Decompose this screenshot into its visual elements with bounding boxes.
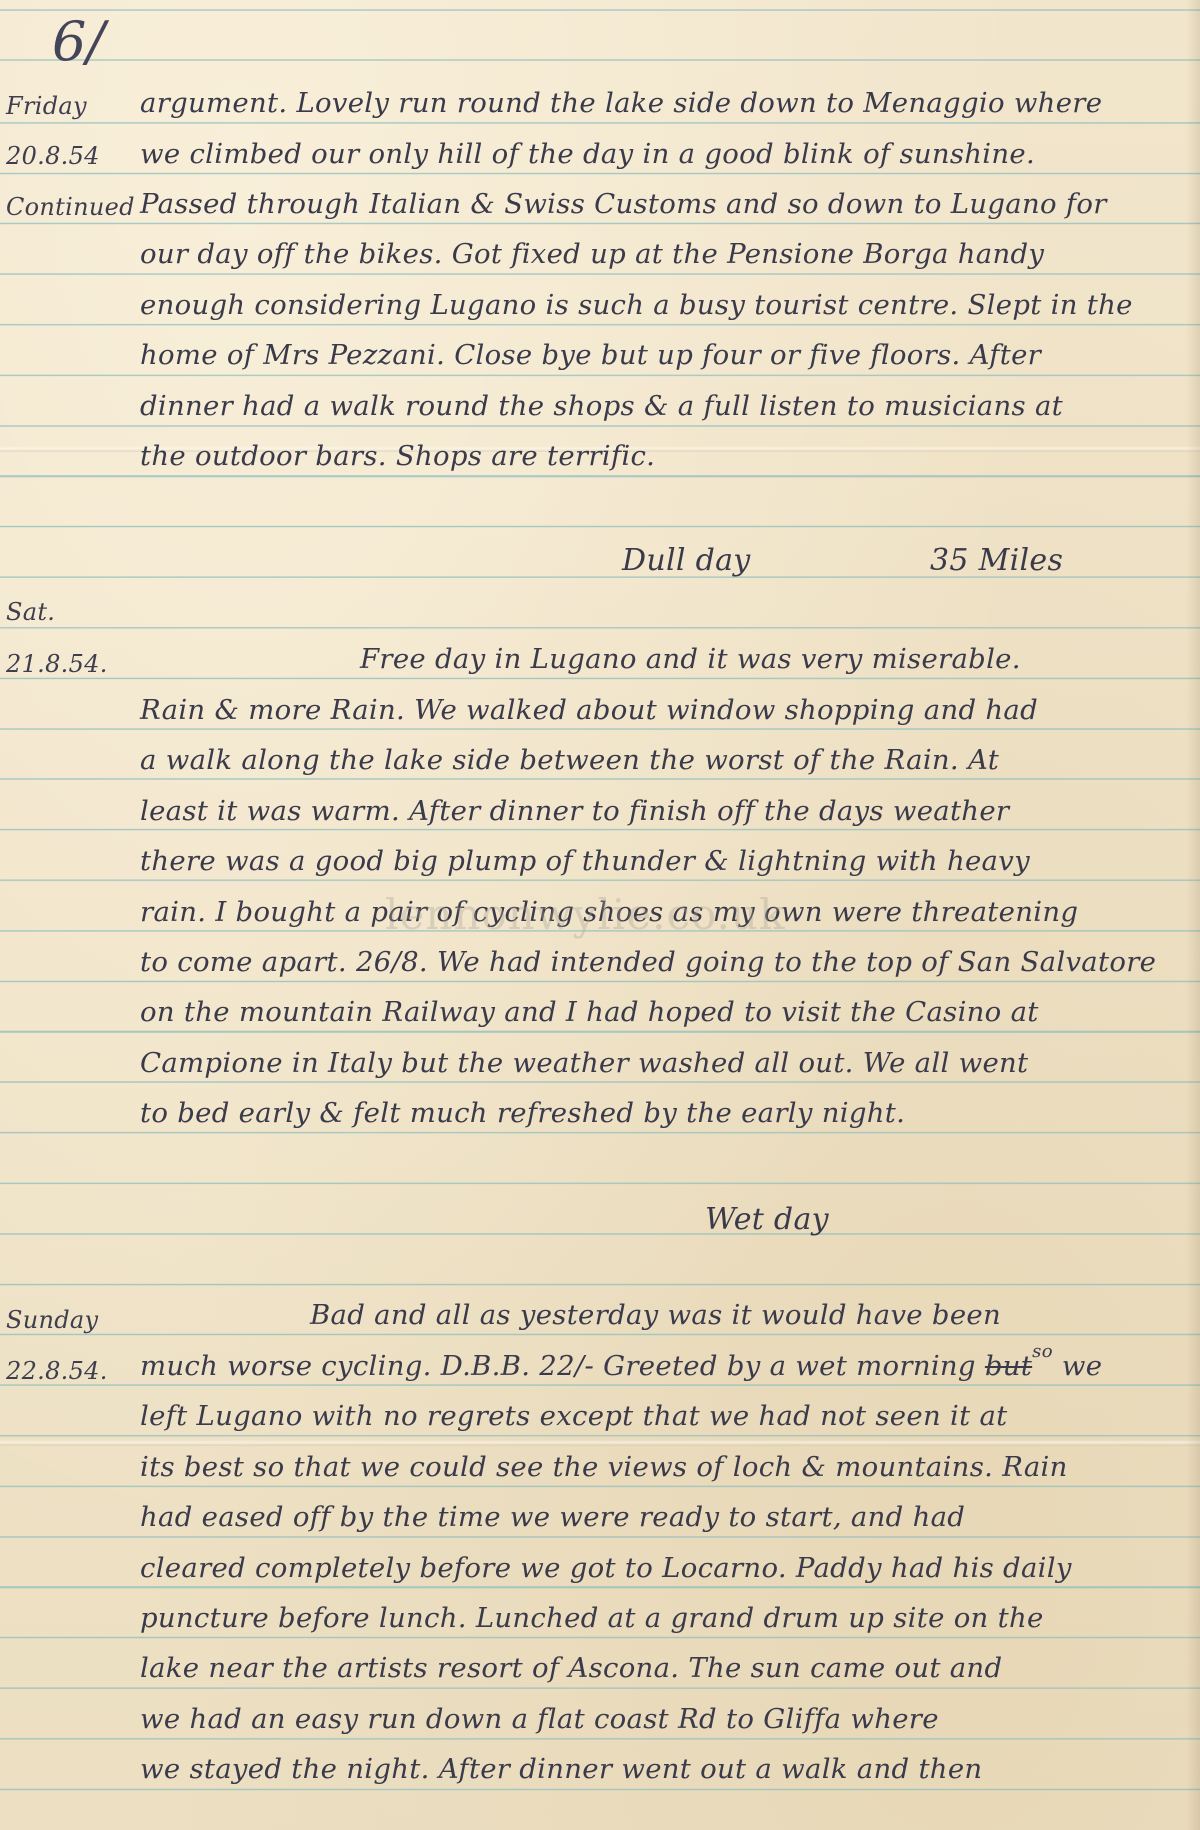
inserted-word: so [1032, 1341, 1053, 1362]
text-line: a walk along the lake side between the w… [140, 747, 999, 775]
entry-day: Sunday [6, 1306, 98, 1334]
struck-word: but [985, 1350, 1032, 1382]
text-line: home of Mrs Pezzani. Close bye but up fo… [140, 342, 1041, 370]
page-edge-shadow [1186, 0, 1200, 1830]
text-line: enough considering Lugano is such a busy… [140, 292, 1133, 320]
text-line: we had an easy run down a flat coast Rd … [140, 1706, 939, 1734]
weather-summary: Wet day [705, 1202, 829, 1237]
text-line: Bad and all as yesterday was it would ha… [310, 1302, 1001, 1330]
text-line: dinner had a walk round the shops & a fu… [140, 393, 1063, 421]
text-line: there was a good big plump of thunder & … [140, 848, 1030, 876]
page-number: 6/ [52, 10, 105, 73]
text-line: on the mountain Railway and I had hoped … [140, 999, 1039, 1027]
text-segment: much worse cycling. D.B.B. 22/- Greeted … [140, 1350, 976, 1382]
text-line: cleared completely before we got to Loca… [140, 1555, 1072, 1583]
text-line: to bed early & felt much refreshed by th… [140, 1100, 905, 1128]
text-line: we climbed our only hill of the day in a… [140, 141, 1035, 169]
text-line: Campione in Italy but the weather washed… [140, 1050, 1028, 1078]
text-line: had eased off by the time we were ready … [140, 1504, 965, 1532]
entry-date: 22.8.54. [6, 1357, 108, 1385]
text-line: puncture before lunch. Lunched at a gran… [140, 1605, 1044, 1633]
text-line: our day off the bikes. Got fixed up at t… [140, 241, 1044, 269]
text-line: Free day in Lugano and it was very miser… [360, 646, 1021, 674]
diary-page: 6/ Friday 20.8.54 Continued argument. Lo… [0, 0, 1200, 1830]
text-line: the outdoor bars. Shops are terrific. [140, 443, 655, 471]
entry-note: Continued [6, 193, 135, 221]
entry-day: Friday [6, 92, 87, 120]
text-line: its best so that we could see the views … [140, 1454, 1068, 1482]
distance-summary: 35 Miles [930, 543, 1063, 578]
entry-date: 21.8.54. [6, 650, 108, 678]
text-line: left Lugano with no regrets except that … [140, 1403, 1008, 1431]
entry-date: 20.8.54 [6, 142, 100, 170]
entry-day: Sat. [6, 598, 55, 626]
text-line: rain. I bought a pair of cycling shoes a… [140, 899, 1078, 927]
text-line: Rain & more Rain. We walked about window… [140, 697, 1038, 725]
text-line: Passed through Italian & Swiss Customs a… [140, 191, 1107, 219]
text-line: least it was warm. After dinner to finis… [140, 798, 1009, 826]
text-line: we stayed the night. After dinner went o… [140, 1756, 982, 1784]
text-line: to come apart. 26/8. We had intended goi… [140, 949, 1156, 977]
text-segment: we [1062, 1350, 1102, 1382]
weather-summary: Dull day [622, 543, 751, 578]
fold-crease [0, 1440, 1200, 1446]
text-line-with-correction: much worse cycling. D.B.B. 22/- Greeted … [140, 1353, 1102, 1381]
text-line: argument. Lovely run round the lake side… [140, 90, 1102, 118]
text-line: lake near the artists resort of Ascona. … [140, 1655, 1002, 1683]
